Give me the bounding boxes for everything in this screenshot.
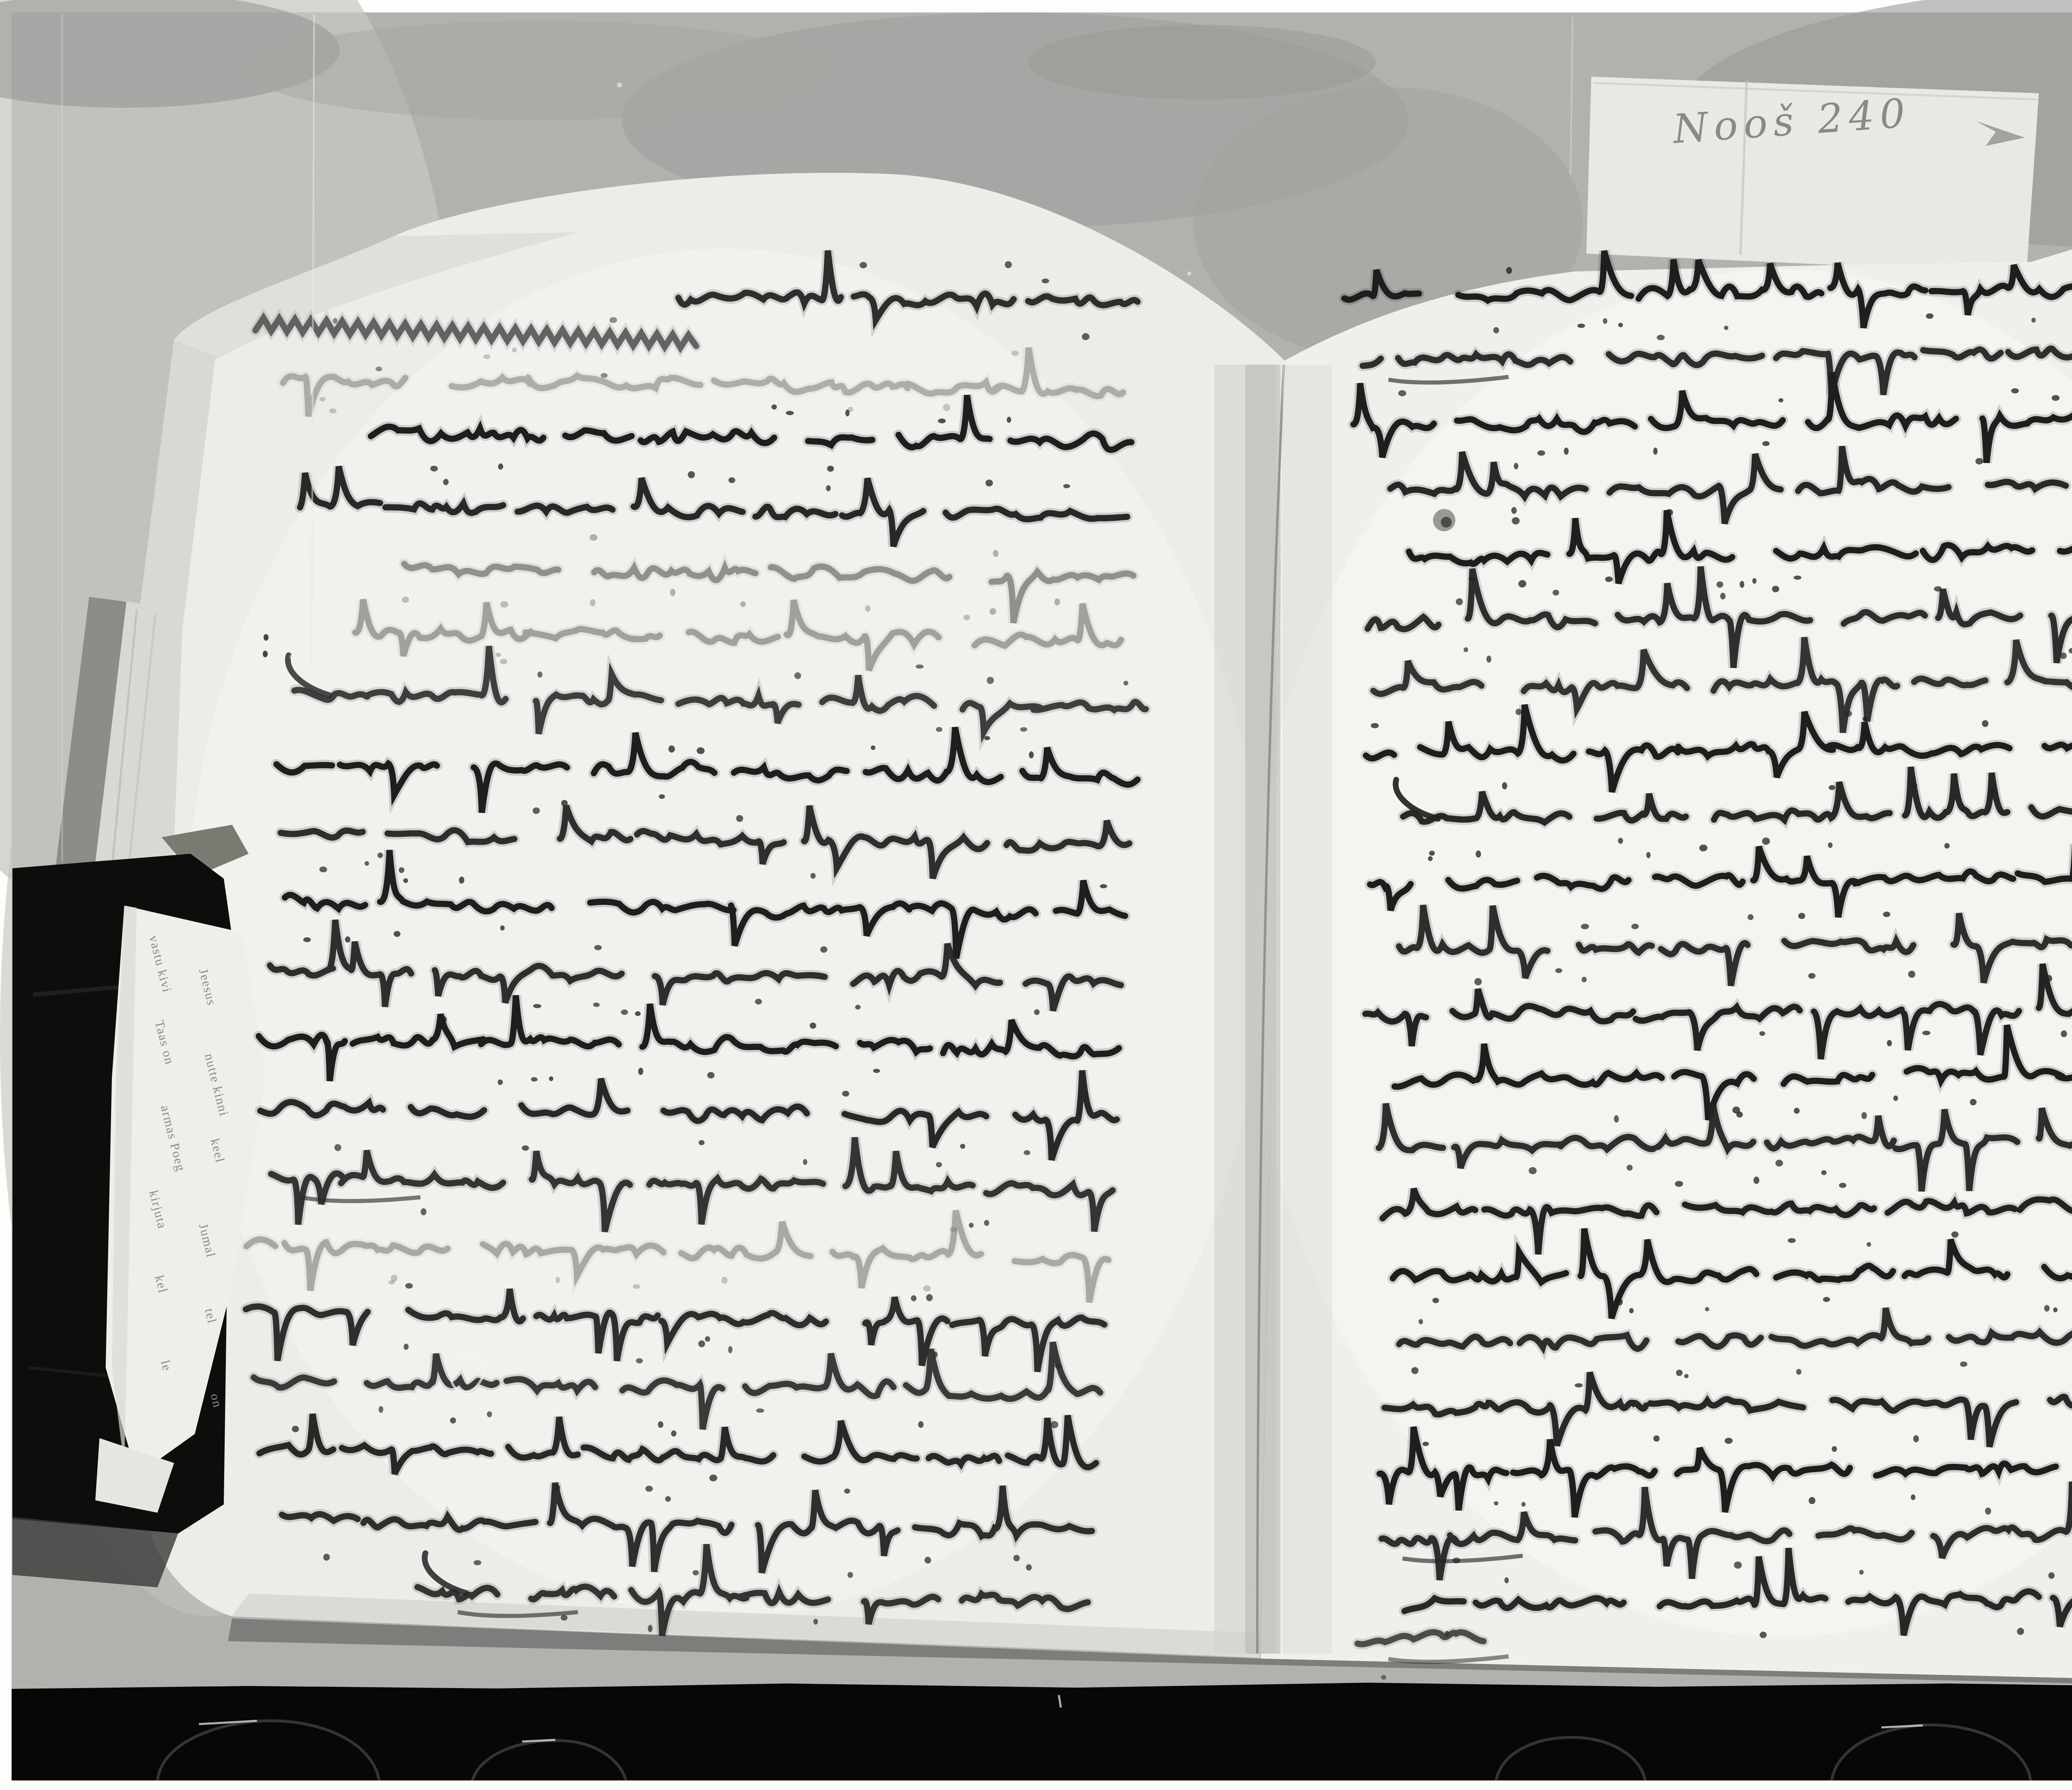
- diacritic-dot: [1808, 1497, 1815, 1504]
- diacritic-dot: [1944, 843, 1950, 849]
- diacritic-dot: [1529, 1167, 1537, 1175]
- diacritic-dot: [1494, 1501, 1498, 1505]
- diacritic-dot: [1552, 590, 1559, 596]
- diacritic-dot: [1762, 838, 1770, 845]
- film-bottom-band: [12, 1679, 2072, 1780]
- diacritic-dot: [1518, 580, 1526, 587]
- diacritic-dot: [2048, 1572, 2055, 1579]
- diacritic-dot: [2060, 652, 2067, 659]
- diacritic-dot: [1760, 1632, 1767, 1638]
- diacritic-dot: [1618, 323, 1623, 327]
- diacritic-dot: [1863, 717, 1868, 721]
- scanned-photograph: Nooš 240: [0, 0, 2072, 1790]
- diacritic-dot: [1627, 1165, 1633, 1171]
- diacritic-dot: [1734, 1561, 1742, 1569]
- diacritic-dot: [2031, 318, 2036, 323]
- diacritic-dot: [1982, 720, 1989, 727]
- diacritic-dot: [1908, 971, 1915, 978]
- diacritic-dot: [1798, 913, 1805, 919]
- diacritic-dot: [1521, 1502, 1525, 1507]
- gutter-fold: [1214, 365, 1332, 1654]
- diacritic-dot: [1684, 1374, 1689, 1378]
- diacritic-dot: [1411, 1367, 1418, 1374]
- diacritic-dot: [1464, 647, 1468, 652]
- diacritic-dot: [1951, 1231, 1959, 1238]
- diacritic-dot: [1867, 1242, 1871, 1247]
- diacritic-dot: [1676, 1370, 1682, 1376]
- diacritic-dot: [1381, 1675, 1386, 1679]
- diacritic-dot: [1629, 1308, 1634, 1313]
- diacritic-dot: [2053, 1308, 2058, 1313]
- diacritic-dot: [1653, 1435, 1660, 1441]
- diacritic-dot: [1772, 586, 1779, 592]
- diacritic-dot: [1775, 1160, 1783, 1167]
- diacritic-dot: [1724, 326, 1728, 330]
- diacritic-dot: [1859, 1570, 1864, 1575]
- diacritic-dot: [1493, 327, 1499, 333]
- diacritic-dot: [1796, 1369, 1801, 1375]
- diacritic-dot: [1970, 1099, 1977, 1105]
- diacritic-dot: [1429, 850, 1435, 856]
- diacritic-dot: [1705, 1307, 1709, 1311]
- diacritic-dot: [1748, 914, 1754, 920]
- diacritic-dot: [1456, 598, 1463, 605]
- diacritic-dot: [1893, 1095, 1898, 1101]
- diacritic-dot: [1832, 1446, 1837, 1452]
- diacritic-dot: [2061, 1030, 2067, 1037]
- ink-blot: [1433, 509, 1455, 531]
- diacritic-dot: [1428, 856, 1433, 861]
- diacritic-dot: [1582, 977, 1587, 983]
- diacritic-dot: [1821, 1170, 1827, 1175]
- diacritic-dot: [1716, 581, 1723, 588]
- diacritic-dot: [1512, 517, 1520, 525]
- diacritic-dot: [1736, 1112, 1743, 1118]
- diacritic-dot: [2045, 975, 2052, 982]
- diacritic-dot: [1474, 978, 1482, 986]
- diacritic-dot: [2017, 1628, 2024, 1635]
- diacritic-dot: [1794, 1108, 1800, 1114]
